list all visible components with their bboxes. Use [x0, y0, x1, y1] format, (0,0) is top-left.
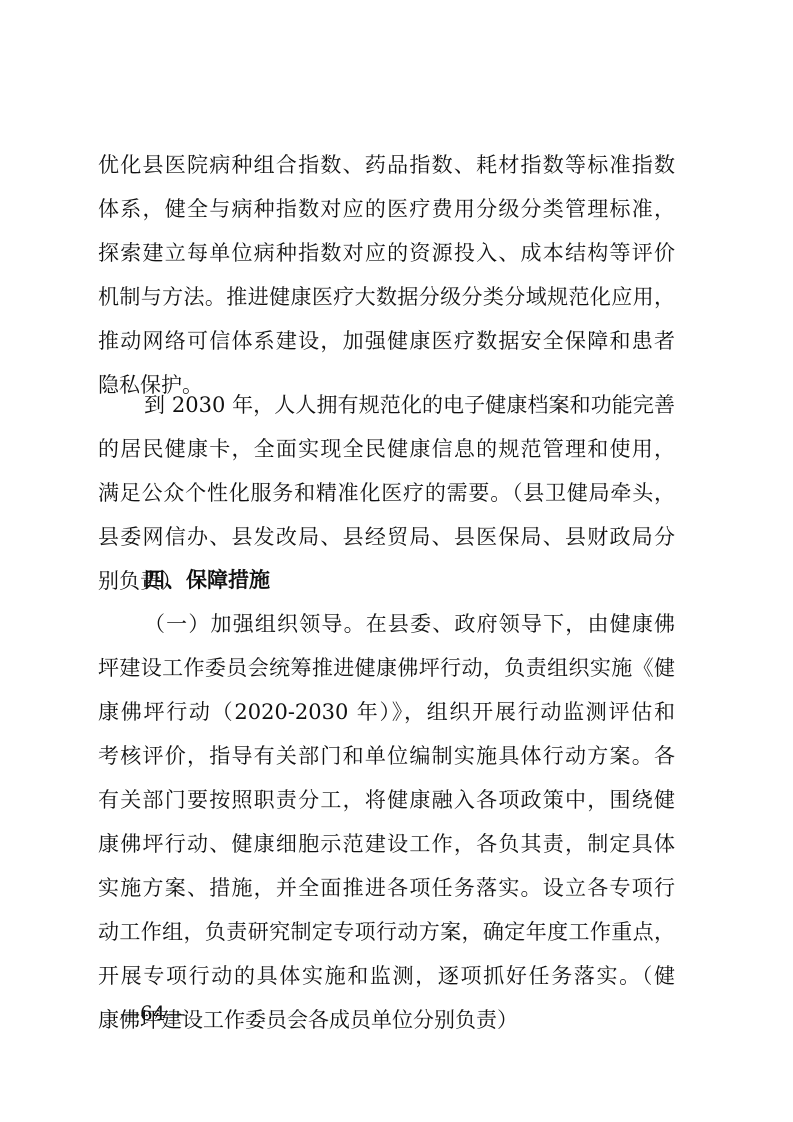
paragraph-3-line-6: 康佛坪行动、健康细胞示范建设工作，各负其责，制定具体: [98, 829, 675, 859]
paragraph-1-line-5: 推动网络可信体系建设，加强健康医疗数据安全保障和患者: [98, 326, 675, 356]
paragraph-1-line-3: 探索建立每单位病种指数对应的资源投入、成本结构等评价: [98, 238, 675, 268]
paragraph-3-line-3: 康佛坪行动（2020-2030 年）》，组织开展行动监测评估和: [98, 697, 675, 727]
paragraph-3-line-7: 实施方案、措施，并全面推进各项任务落实。设立各专项行: [98, 873, 675, 903]
paragraph-3-line-9: 开展专项行动的具体实施和监测，逐项抓好任务落实。（健: [98, 961, 675, 991]
paragraph-1-line-2: 体系，健全与病种指数对应的医疗费用分级分类管理标准，: [98, 194, 675, 224]
paragraph-2-line-3: 满足公众个性化服务和精准化医疗的需要。（县卫健局牵头，: [98, 478, 675, 508]
paragraph-1-line-1: 优化县医院病种组合指数、药品指数、耗材指数等标准指数: [98, 150, 675, 180]
page-number: —64—: [120, 1000, 185, 1026]
paragraph-1-line-4: 机制与方法。推进健康医疗大数据分级分类分域规范化应用，: [98, 282, 675, 312]
paragraph-2-line-1: 到 2030 年，人人拥有规范化的电子健康档案和功能完善: [144, 390, 675, 420]
paragraph-3-line-8: 动工作组，负责研究制定专项行动方案，确定年度工作重点，: [98, 917, 675, 947]
paragraph-2-line-4: 县委网信办、县发改局、县经贸局、县医保局、县财政局分: [98, 522, 675, 552]
paragraph-3-line-2: 坪建设工作委员会统筹推进健康佛坪行动，负责组织实施《健: [98, 653, 675, 683]
section-heading: 四、保障措施: [144, 565, 270, 595]
paragraph-3-line-5: 有关部门要按照职责分工，将健康融入各项政策中，围绕健: [98, 785, 675, 815]
paragraph-3-line-1: （一）加强组织领导。在县委、政府领导下，由健康佛: [144, 609, 675, 639]
document-page: 优化县医院病种组合指数、药品指数、耗材指数等标准指数 体系，健全与病种指数对应的…: [0, 0, 793, 1122]
paragraph-2-line-2: 的居民健康卡，全面实现全民健康信息的规范管理和使用，: [98, 434, 675, 464]
paragraph-3-line-4: 考核评价，指导有关部门和单位编制实施具体行动方案。各: [98, 741, 675, 771]
